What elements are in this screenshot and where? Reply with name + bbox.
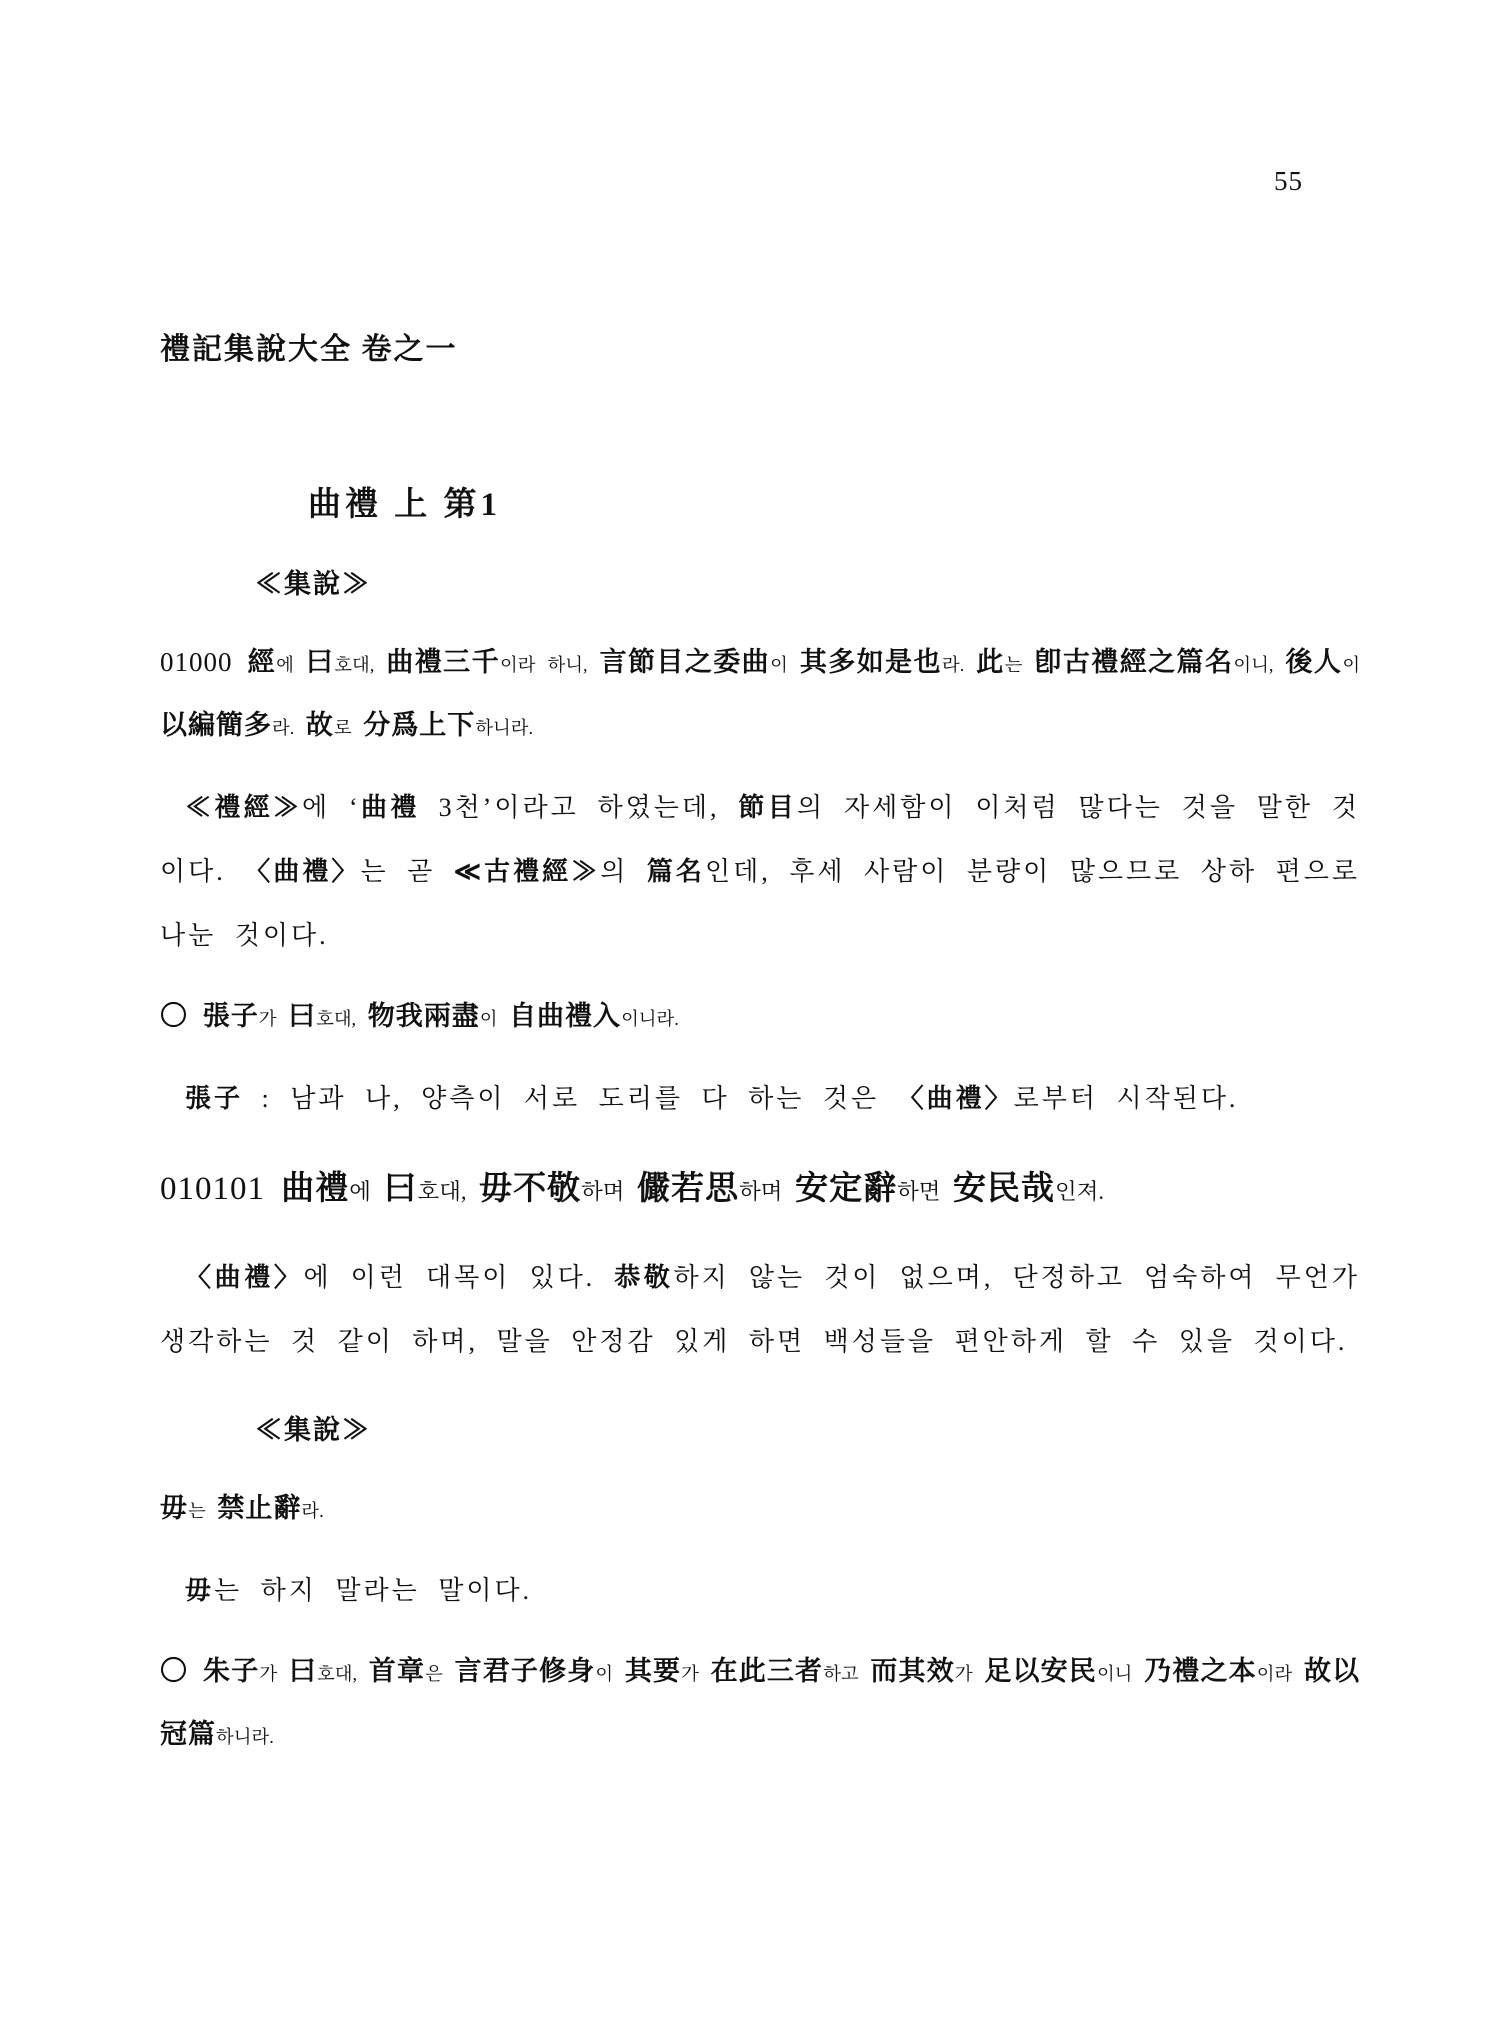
paragraph-01000-translation: ≪禮經≫에 ‘曲禮 3천’이라고 하였는데, 節目의 자세함이 이처럼 많다는 …	[160, 776, 1360, 968]
document-page: 55 禮記集說大全 卷之一 曲禮 上 第1 ≪集說≫01000 經에 曰호대, …	[0, 0, 1495, 2023]
text-segment: ≪禮經≫	[185, 793, 302, 822]
text-segment: 이라	[1257, 1664, 1304, 1684]
text-segment: 後人	[1285, 647, 1342, 677]
paragraph-010101-translation: 〈曲禮〉에 이런 대목이 있다. 恭敬하지 않는 것이 없으며, 단정하고 엄숙…	[160, 1246, 1360, 1374]
text-segment: 하며	[739, 1179, 795, 1204]
text-segment: 物我兩盡	[368, 1001, 480, 1031]
text-segment: 篇名	[647, 857, 705, 886]
text-segment: 卽古禮經之篇名	[1034, 647, 1233, 677]
text-segment: 에 ‘	[302, 793, 361, 822]
paragraph-juja-hanmun: 〇 朱子가 曰호대, 首章은 言君子修身이 其要가 在此三者하고 而其效가 足以…	[160, 1641, 1360, 1767]
text-segment: 01000	[160, 647, 248, 677]
text-segment: 〈曲禮〉	[244, 857, 360, 886]
text-segment: 毋不敬	[479, 1171, 581, 1207]
text-segment: 安民哉	[953, 1171, 1055, 1207]
text-segment: 은	[425, 1664, 454, 1684]
text-segment: 言君子修身	[455, 1656, 596, 1686]
text-segment: 이	[480, 1009, 509, 1029]
text-segment: 曲禮三千	[386, 647, 500, 677]
text-segment: 言節目之委曲	[600, 647, 771, 677]
text-segment: 가	[681, 1664, 710, 1684]
section-header-jipseol-1: ≪集說≫	[160, 554, 1360, 614]
text-segment: 호대,	[418, 1179, 480, 1204]
text-segment: 는 곧	[360, 857, 453, 886]
paragraph-jangja-translation: 張子 : 남과 나, 양측이 서로 도리를 다 하는 것은 〈曲禮〉로부터 시작…	[160, 1067, 1360, 1131]
text-segment: 經	[248, 647, 276, 677]
text-segment: 曲禮	[281, 1171, 349, 1207]
text-segment: 曰	[289, 1656, 317, 1686]
text-segment: : 남과 나, 양측이 서로 도리를 다 하는 것은	[243, 1084, 898, 1113]
text-segment: 라.	[272, 718, 306, 738]
text-segment: 故	[306, 710, 334, 740]
text-segment: 호대,	[316, 1009, 368, 1029]
text-segment: 儼若思	[637, 1171, 739, 1207]
content-blocks: ≪集說≫01000 經에 曰호대, 曲禮三千이라 하니, 言節目之委曲이 其多如…	[160, 554, 1360, 1767]
paragraph-01000-hanmun: 01000 經에 曰호대, 曲禮三千이라 하니, 言節目之委曲이 其多如是也라.…	[160, 632, 1360, 758]
paragraph-010101-hanmun: 010101 曲禮에 曰호대, 毋不敬하며 儼若思하며 安定辭하면 安民哉인져.	[160, 1153, 1360, 1228]
text-segment: 하니라.	[216, 1727, 274, 1747]
text-segment: 曰	[288, 1001, 316, 1031]
text-segment: 는	[1005, 655, 1035, 675]
text-segment: 而其效	[870, 1656, 954, 1686]
text-segment: 〈曲禮〉	[185, 1263, 303, 1292]
text-segment: 3천’이라고 하였는데,	[420, 793, 739, 822]
text-segment: 가	[955, 1664, 984, 1684]
text-segment: 하면	[897, 1179, 953, 1204]
page-content: 禮記集說大全 卷之一 曲禮 上 第1 ≪集說≫01000 經에 曰호대, 曲禮三…	[0, 0, 1495, 1767]
text-segment: 毋	[160, 1493, 188, 1523]
text-segment: 曲禮	[361, 793, 420, 822]
text-segment: 하고	[823, 1664, 870, 1684]
text-segment: 毋	[185, 1576, 214, 1605]
text-segment: 010101	[160, 1171, 281, 1207]
text-segment: 〇 朱子	[160, 1656, 259, 1686]
text-segment: 하며	[581, 1179, 637, 1204]
text-segment: 曰	[384, 1171, 418, 1207]
text-segment: 此	[976, 647, 1004, 677]
text-segment: 로	[334, 718, 363, 738]
text-segment: 自曲禮入	[509, 1001, 621, 1031]
text-segment: 는 하지 말라는 말이다.	[214, 1576, 532, 1605]
paragraph-mu-hanmun: 毋는 禁止辭라.	[160, 1478, 1360, 1541]
text-segment: 恭敬	[614, 1263, 673, 1292]
text-segment: 에	[276, 655, 306, 675]
text-segment: 〈曲禮〉	[898, 1084, 1014, 1113]
text-segment: 乃禮之本	[1144, 1656, 1257, 1686]
paragraph-mu-translation: 毋는 하지 말라는 말이다.	[160, 1559, 1360, 1623]
text-segment: 인져.	[1055, 1179, 1104, 1204]
text-segment: 라.	[301, 1501, 323, 1521]
text-segment: 이	[1342, 655, 1360, 675]
text-segment: 이니라.	[621, 1009, 679, 1029]
text-segment: 로부터 시작된다.	[1014, 1084, 1239, 1113]
text-segment: 이니,	[1233, 655, 1285, 675]
text-segment: 는	[188, 1501, 217, 1521]
text-segment: 하니라.	[475, 718, 533, 738]
text-segment: 安定辭	[795, 1171, 897, 1207]
page-number: 55	[1274, 166, 1303, 197]
text-segment: 라.	[942, 655, 976, 675]
text-segment: 에	[349, 1179, 383, 1204]
chapter-title: 曲禮 上 第1	[308, 482, 1360, 528]
text-segment: ≪集說≫	[255, 1415, 371, 1445]
text-segment: 의	[600, 857, 647, 886]
text-segment: 〇 張子	[160, 1001, 259, 1031]
text-segment: 이	[770, 655, 800, 675]
text-segment: 曰	[306, 647, 334, 677]
text-segment: 이니	[1097, 1664, 1144, 1684]
text-segment: 節目	[738, 793, 797, 822]
text-segment: 禁止辭	[217, 1493, 301, 1523]
text-segment: 以編簡多	[160, 710, 272, 740]
text-segment: 張子	[185, 1084, 243, 1113]
text-segment: 其要	[625, 1656, 681, 1686]
text-segment: 에 이런 대목이 있다.	[303, 1263, 614, 1292]
text-segment: 分爲上下	[363, 710, 475, 740]
text-segment: 호대,	[317, 1664, 369, 1684]
text-segment: 이	[595, 1664, 624, 1684]
text-segment: 在此三者	[711, 1656, 824, 1686]
text-segment: 가	[259, 1664, 288, 1684]
text-segment: 호대,	[334, 655, 386, 675]
paragraph-jangja-hanmun: 〇 張子가 曰호대, 物我兩盡이 自曲禮入이니라.	[160, 986, 1360, 1049]
text-segment: 가	[259, 1009, 288, 1029]
section-header-jipseol-2: ≪集說≫	[160, 1400, 1360, 1460]
text-segment: 足以安民	[984, 1656, 1097, 1686]
text-segment: ≪集說≫	[255, 569, 371, 599]
text-segment: 其多如是也	[800, 647, 942, 677]
text-segment: 이라 하니,	[500, 655, 600, 675]
text-segment: ≪古禮經≫	[454, 857, 600, 886]
book-title: 禮記集說大全 卷之一	[160, 330, 1360, 370]
text-segment: 首章	[369, 1656, 425, 1686]
